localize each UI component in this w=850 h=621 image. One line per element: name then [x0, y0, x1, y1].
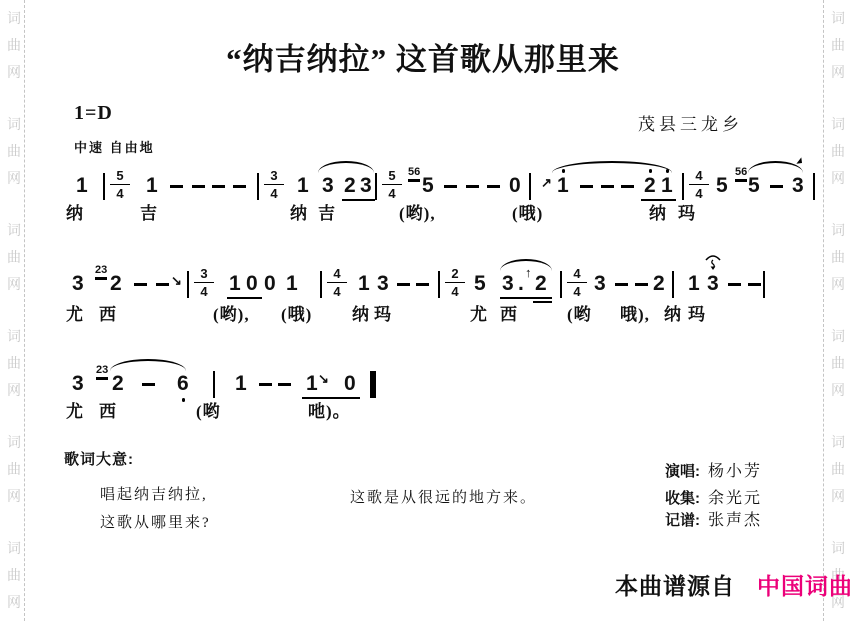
beam-underline	[342, 199, 375, 201]
grace-notes: 23	[95, 264, 107, 278]
note: 3	[360, 174, 372, 198]
note: 3	[792, 174, 804, 198]
meaning-line-1: 唱起纳吉纳拉,	[100, 483, 208, 504]
beam-underline	[500, 297, 552, 299]
note: 1	[76, 174, 88, 198]
meaning-line-3: 这歌是从很远的地方来。	[350, 486, 537, 507]
note: 3	[72, 272, 84, 296]
duration-dash	[212, 185, 225, 188]
note: 1	[235, 372, 247, 396]
lyric: 尤	[66, 402, 84, 422]
barline	[682, 173, 684, 200]
barline	[320, 271, 322, 298]
lyric: 吉	[140, 204, 158, 224]
note: 2	[112, 372, 124, 396]
lyric: 玛	[678, 204, 696, 224]
octave-dot-high	[562, 169, 566, 173]
score-system-1: 1541341323545650↗1214455653纳吉纳吉(哟),(哦)纳玛	[0, 174, 850, 234]
duration-dash	[466, 185, 479, 188]
credit-collector: 收集:余光元	[665, 485, 762, 508]
barline	[813, 173, 815, 200]
barline	[672, 271, 674, 298]
beam-underline	[227, 297, 262, 299]
gliss-arrow: ↘	[318, 372, 329, 385]
score-system-2: 3232↘34100144132453.↑2443213尤西(哟),(哦)纳玛尤…	[0, 272, 850, 332]
note: 1	[297, 174, 309, 198]
grace-notes: 56	[735, 166, 747, 180]
final-barline	[370, 371, 376, 398]
duration-dash	[134, 283, 147, 286]
beam-underline	[533, 301, 552, 303]
beam-underline	[641, 199, 676, 201]
barline	[529, 173, 531, 200]
time-signature: 44	[689, 169, 709, 200]
octave-dot-high	[649, 169, 653, 173]
duration-dash	[487, 185, 500, 188]
duration-dash	[748, 283, 761, 286]
slur-arc	[318, 161, 374, 173]
credit-collector-label: 收集:	[665, 490, 700, 507]
duration-dash	[416, 283, 429, 286]
lyric: 西	[99, 305, 117, 325]
duration-dash	[621, 185, 634, 188]
note: 1	[557, 174, 569, 198]
rest-note: 0	[509, 174, 521, 198]
score-system-3: 3232611↘0尤西(哟吔)。	[0, 372, 850, 432]
barline	[257, 173, 259, 200]
duration-dash	[170, 185, 183, 188]
footer: 本曲谱源自中国词曲网	[615, 568, 850, 601]
note: 5	[716, 174, 728, 198]
note: 3	[377, 272, 389, 296]
duration-dash	[397, 283, 410, 286]
gliss-arrow: ↘	[171, 274, 182, 287]
sheet-music-page: 词 曲 网词 曲 网词 曲 网词 曲 网词 曲 网词 曲 网词 曲 网词 曲 网…	[0, 0, 850, 621]
credit-singer-label: 演唱:	[665, 463, 700, 480]
lyric: 纳	[352, 305, 370, 325]
note: 1	[306, 372, 318, 396]
credit-notator: 记谱:张声杰	[665, 507, 762, 530]
credit-collector-name: 余光元	[708, 490, 762, 507]
octave-dot-low	[182, 398, 186, 402]
note: 3	[502, 272, 514, 296]
grace-notes: 56	[408, 166, 420, 180]
duration-dash	[635, 283, 648, 286]
barline	[187, 271, 189, 298]
slur-arc-arrow	[748, 161, 803, 173]
barline	[763, 271, 765, 298]
note: .	[518, 272, 524, 296]
note: 2	[535, 272, 547, 296]
note: 1	[688, 272, 700, 296]
duration-dash	[233, 185, 246, 188]
credit-singer-name: 杨小芳	[708, 463, 762, 480]
note: 2	[344, 174, 356, 198]
duration-dash	[770, 185, 783, 188]
time-signature: 54	[110, 169, 130, 200]
lyric: 吔)。	[308, 402, 351, 422]
beam-underline	[302, 397, 360, 399]
time-signature: 34	[264, 169, 284, 200]
barline	[438, 271, 440, 298]
note: 6	[177, 372, 189, 396]
footer-source-text: 本曲谱源自	[615, 573, 735, 599]
lyric: 西	[99, 402, 117, 422]
duration-dash	[278, 383, 291, 386]
lyric: 尤	[470, 305, 488, 325]
credit-notator-label: 记谱:	[665, 512, 700, 529]
note: 2	[653, 272, 665, 296]
lyric: 纳	[664, 305, 682, 325]
note: 3	[322, 174, 334, 198]
lyric: (哟	[567, 305, 592, 325]
lyric: 吉	[318, 204, 336, 224]
note: 3	[707, 272, 719, 296]
lyric: 玛	[374, 305, 392, 325]
lyric: (哟	[196, 402, 221, 422]
time-signature: 44	[567, 267, 587, 298]
barline	[213, 371, 215, 398]
duration-dash	[580, 185, 593, 188]
note: 5	[422, 174, 434, 198]
lyrics-meaning-heading: 歌词大意:	[64, 448, 134, 469]
note: 3	[72, 372, 84, 396]
time-signature: 44	[327, 267, 347, 298]
rest-note: 0	[246, 272, 258, 296]
slur-arc	[110, 359, 186, 371]
note: 2	[644, 174, 656, 198]
duration-dash	[444, 185, 457, 188]
note: 1	[358, 272, 370, 296]
grace-notes: 23	[96, 364, 108, 378]
lyric: (哦)	[512, 204, 543, 224]
note: 2	[110, 272, 122, 296]
gliss-arrow: ↗	[541, 176, 552, 189]
note: 1	[661, 174, 673, 198]
barline	[375, 173, 377, 200]
lyric: 西	[500, 305, 518, 325]
lyric: 纳	[66, 204, 84, 224]
lyric: 玛	[688, 305, 706, 325]
note: 1	[229, 272, 241, 296]
slur-arc	[552, 161, 672, 173]
barline	[560, 271, 562, 298]
credit-singer: 演唱:杨小芳	[665, 458, 762, 481]
duration-dash	[142, 383, 155, 386]
footer-brand: 中国词曲网	[757, 573, 850, 599]
duration-dash	[259, 383, 272, 386]
note: 5	[474, 272, 486, 296]
duration-dash	[601, 185, 614, 188]
note: 1	[286, 272, 298, 296]
note: 1	[146, 174, 158, 198]
lyric: (哦)	[281, 305, 312, 325]
rest-note: 0	[264, 272, 276, 296]
gliss-arrow: ↑	[525, 266, 532, 279]
lyric: 尤	[66, 305, 84, 325]
note: 5	[748, 174, 760, 198]
note: 3	[594, 272, 606, 296]
barline	[103, 173, 105, 200]
lyric: 纳	[649, 204, 667, 224]
time-signature: 54	[382, 169, 402, 200]
time-signature: 34	[194, 267, 214, 298]
rest-note: 0	[344, 372, 356, 396]
duration-dash	[192, 185, 205, 188]
lyric: (哟),	[399, 204, 436, 224]
duration-dash	[156, 283, 169, 286]
lyric: 哦),	[620, 305, 650, 325]
credit-notator-name: 张声杰	[708, 512, 762, 529]
lyric: (哟),	[213, 305, 250, 325]
lyric: 纳	[290, 204, 308, 224]
duration-dash	[615, 283, 628, 286]
time-signature: 24	[445, 267, 465, 298]
octave-dot-high	[666, 169, 670, 173]
duration-dash	[728, 283, 741, 286]
meaning-line-2: 这歌从哪里来?	[100, 511, 211, 532]
